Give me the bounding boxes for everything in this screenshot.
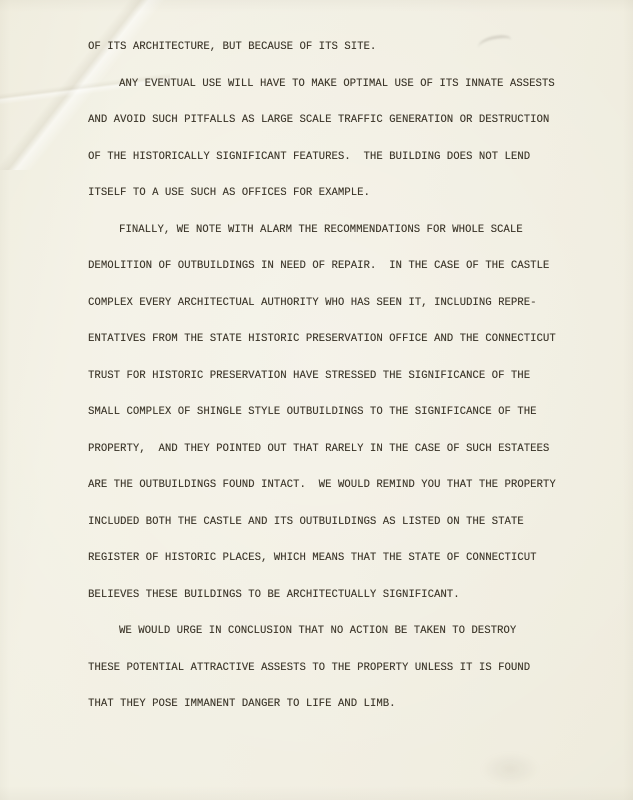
document-line: OF THE HISTORICALLY SIGNIFICANT FEATURES…	[88, 151, 588, 188]
document-line: SMALL COMPLEX OF SHINGLE STYLE OUTBUILDI…	[88, 406, 588, 443]
document-line: THAT THEY POSE IMMANENT DANGER TO LIFE A…	[88, 698, 588, 735]
document-line: ENTATIVES FROM THE STATE HISTORIC PRESER…	[88, 333, 588, 370]
document-body: OF ITS ARCHITECTURE, BUT BECAUSE OF ITS …	[88, 41, 588, 735]
document-line: ITSELF TO A USE SUCH AS OFFICES FOR EXAM…	[88, 187, 588, 224]
document-line: WE WOULD URGE IN CONCLUSION THAT NO ACTI…	[88, 625, 588, 662]
document-line: ANY EVENTUAL USE WILL HAVE TO MAKE OPTIM…	[88, 78, 588, 115]
document-line: REGISTER OF HISTORIC PLACES, WHICH MEANS…	[88, 552, 588, 589]
document-line: ARE THE OUTBUILDINGS FOUND INTACT. WE WO…	[88, 479, 588, 516]
scanned-document-page: OF ITS ARCHITECTURE, BUT BECAUSE OF ITS …	[0, 0, 633, 800]
document-line: THESE POTENTIAL ATTRACTIVE ASSESTS TO TH…	[88, 662, 588, 699]
document-line: OF ITS ARCHITECTURE, BUT BECAUSE OF ITS …	[88, 41, 588, 78]
document-line: AND AVOID SUCH PITFALLS AS LARGE SCALE T…	[88, 114, 588, 151]
document-line: PROPERTY, AND THEY POINTED OUT THAT RARE…	[88, 443, 588, 480]
document-line: COMPLEX EVERY ARCHITECTUAL AUTHORITY WHO…	[88, 297, 588, 334]
document-line: TRUST FOR HISTORIC PRESERVATION HAVE STR…	[88, 370, 588, 407]
paper-smudge	[480, 752, 540, 786]
document-line: DEMOLITION OF OUTBUILDINGS IN NEED OF RE…	[88, 260, 588, 297]
document-line: BELIEVES THESE BUILDINGS TO BE ARCHITECT…	[88, 589, 588, 626]
document-line: FINALLY, WE NOTE WITH ALARM THE RECOMMEN…	[88, 224, 588, 261]
document-line: INCLUDED BOTH THE CASTLE AND ITS OUTBUIL…	[88, 516, 588, 553]
